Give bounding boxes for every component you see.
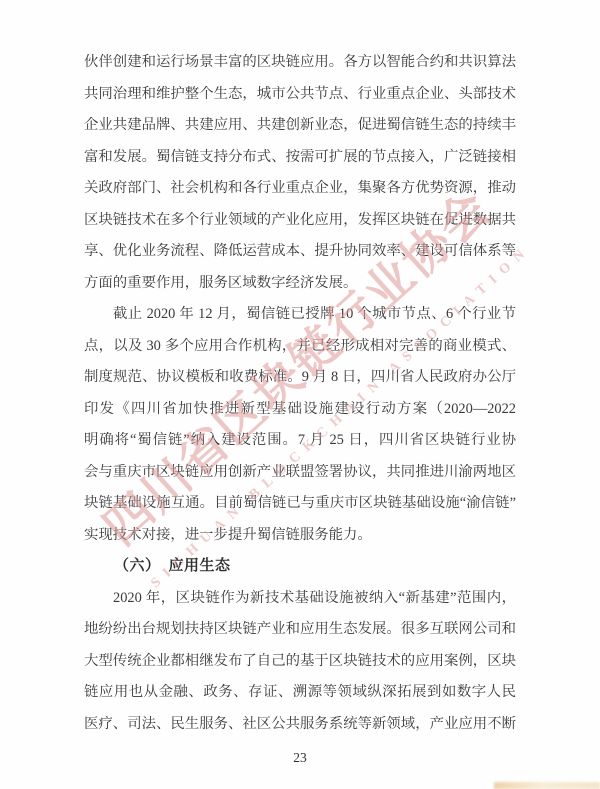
body-text-line: 企业共建品牌、共建应用、共建创新业态，促进蜀信链生态的持续丰 bbox=[84, 110, 516, 142]
corner-artifact bbox=[494, 782, 600, 789]
body-text-line: 实现技术对接，进一步提升蜀信链服务能力。 bbox=[84, 520, 516, 552]
section-heading: （六） 应用生态 bbox=[84, 551, 516, 583]
body-text-line: 点，以及 30 多个应用合作机构，并已经形成相对完善的商业模式、 bbox=[84, 331, 516, 363]
document-page: 伙伴创建和运行场景丰富的区块链应用。各方以智能合约和共识算法 共同治理和维护整个… bbox=[0, 0, 600, 789]
body-text-line: 明确将“蜀信链”纳入建设范围。7 月 25 日，四川省区块链行业协 bbox=[84, 425, 516, 457]
body-text-line: 地纷纷出台规划扶持区块链产业和应用生态发展。很多互联网公司和 bbox=[84, 614, 516, 646]
body-text-line: 制度规范、协议模板和收费标准。9 月 8 日，四川省人民政府办公厅 bbox=[84, 362, 516, 394]
body-text-line: 方面的重要作用，服务区域数字经济发展。 bbox=[84, 268, 516, 300]
body-text-line: 富和发展。蜀信链支持分布式、按需可扩展的节点接入，广泛链接相 bbox=[84, 142, 516, 174]
body-text-line: 区块链技术在多个行业领域的产业化应用，发挥区块链在促进数据共 bbox=[84, 205, 516, 237]
page-number: 23 bbox=[0, 750, 600, 766]
body-text-line: 医疗、司法、民生服务、社区公共服务系统等新领域，产业应用不断 bbox=[84, 709, 516, 741]
body-text-line: 印发《四川省加快推进新型基础设施建设行动方案（2020—2022 年）》 bbox=[84, 394, 516, 426]
body-text-line: 大型传统企业都相继发布了自己的基于区块链技术的应用案例，区块 bbox=[84, 646, 516, 678]
text-block: 伙伴创建和运行场景丰富的区块链应用。各方以智能合约和共识算法 共同治理和维护整个… bbox=[84, 47, 516, 740]
body-text-line: 链应用也从金融、政务、存证、溯源等领域纵深拓展到如数字人民币、 bbox=[84, 677, 516, 709]
body-text-line: 关政府部门、社会机构和各行业重点企业，集聚各方优势资源，推动 bbox=[84, 173, 516, 205]
body-text-line: 会与重庆市区块链应用创新产业联盟签署协议，共同推进川渝两地区 bbox=[84, 457, 516, 489]
body-text-line: 截止 2020 年 12 月，蜀信链已授牌 10 个城市节点、6 个行业节 bbox=[84, 299, 516, 331]
body-text-line: 共同治理和维护整个生态，城市公共节点、行业重点企业、头部技术 bbox=[84, 79, 516, 111]
body-text-line: 2020 年，区块链作为新技术基础设施被纳入“新基建”范围内，各 bbox=[84, 583, 516, 615]
body-text-line: 享、优化业务流程、降低运营成本、提升协同效率、建设可信体系等 bbox=[84, 236, 516, 268]
body-text-line: 块链基础设施互通。目前蜀信链已与重庆市区块链基础设施“渝信链” bbox=[84, 488, 516, 520]
body-text-line: 伙伴创建和运行场景丰富的区块链应用。各方以智能合约和共识算法 bbox=[84, 47, 516, 79]
